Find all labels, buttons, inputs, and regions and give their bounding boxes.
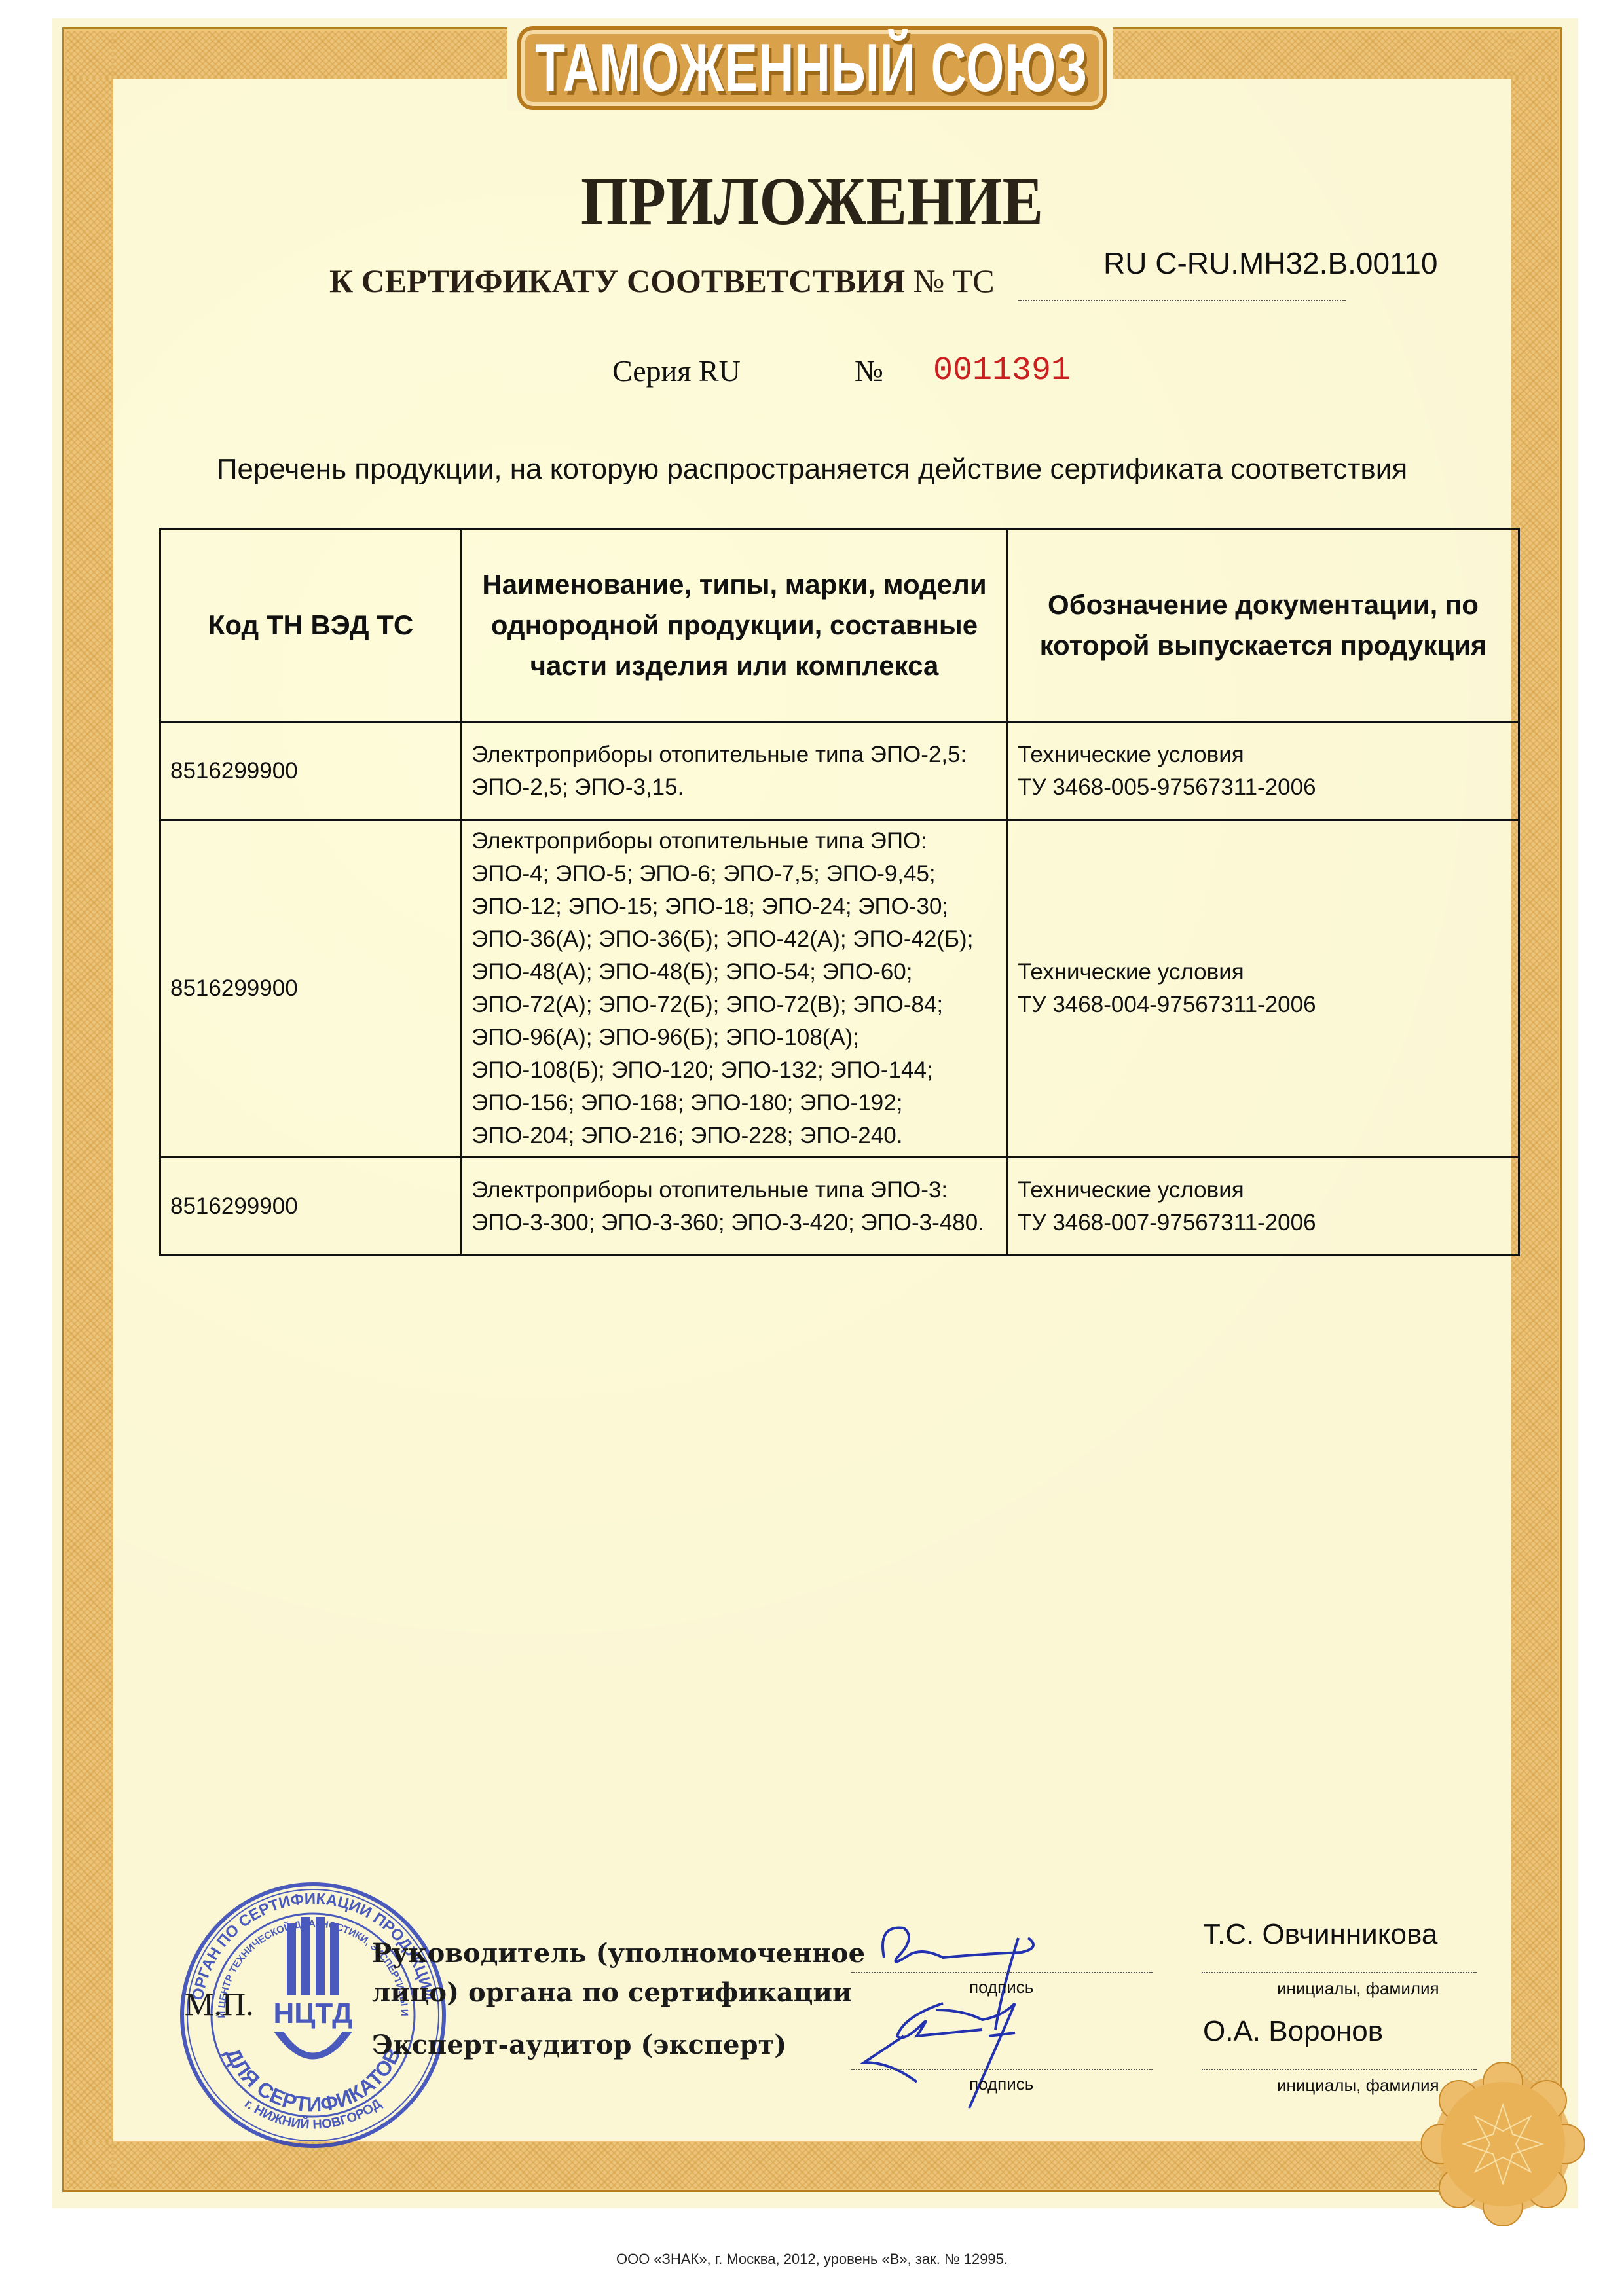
head-label-line1: Руководитель (уполномоченное xyxy=(372,1938,865,1969)
table-row: 8516299900 Электроприборы отопительные т… xyxy=(160,722,1519,820)
number-sign: № xyxy=(855,354,883,388)
doc-title: Технические условия xyxy=(1018,738,1509,771)
code-cell: 8516299900 xyxy=(160,1157,462,1256)
doc-number: ТУ 3468-007-97567311-2006 xyxy=(1018,1207,1509,1239)
serial-number: 0011391 xyxy=(933,352,1071,390)
head-signature-line xyxy=(851,1972,1153,1973)
expert-label: Эксперт-аудитор (эксперт) xyxy=(372,2030,786,2060)
certificate-subtitle: К СЕРТИФИКАТУ СООТВЕТСТВИЯ № ТС xyxy=(329,262,995,300)
svg-text:НЦТД: НЦТД xyxy=(273,1997,352,2030)
expert-signature-icon xyxy=(851,1997,1061,2115)
subtitle-text: К СЕРТИФИКАТУ СООТВЕТСТВИЯ xyxy=(329,263,905,299)
rosette-seal-icon xyxy=(1421,2062,1585,2226)
doc-cell: Технические условия ТУ 3468-005-97567311… xyxy=(1008,722,1519,820)
doc-number: ТУ 3468-005-97567311-2006 xyxy=(1018,771,1509,804)
head-name-caption: инициалы, фамилия xyxy=(1277,1978,1439,1999)
head-label-line2: лицо) органа по сертификации xyxy=(372,1977,852,2008)
expert-name-caption: инициалы, фамилия xyxy=(1277,2075,1439,2096)
doc-cell: Технические условия ТУ 3468-004-97567311… xyxy=(1008,820,1519,1157)
customs-union-banner: ТАМОЖЕННЫЙ СОЮЗ xyxy=(517,26,1107,110)
product-list-heading: Перечень продукции, на которую распростр… xyxy=(0,453,1624,486)
printer-footer: ООО «ЗНАК», г. Москва, 2012, уровень «В»… xyxy=(0,2251,1624,2268)
doc-number: ТУ 3468-004-97567311-2006 xyxy=(1018,989,1509,1021)
head-name-line xyxy=(1202,1972,1477,1973)
series-label: Серия RU xyxy=(612,354,741,388)
column-header-name: Наименование, типы, марки, модели одноро… xyxy=(462,529,1008,722)
doc-cell: Технические условия ТУ 3468-007-97567311… xyxy=(1008,1157,1519,1256)
page-title: ПРИЛОЖЕНИЕ xyxy=(81,162,1543,240)
column-header-code: Код ТН ВЭД ТС xyxy=(160,529,462,722)
doc-title: Технические условия xyxy=(1018,956,1509,989)
head-signature-caption: подпись xyxy=(969,1977,1033,1997)
column-header-doc: Обозначение документации, по которой вып… xyxy=(1008,529,1519,722)
table-row: 8516299900 Электроприборы отопительные т… xyxy=(160,1157,1519,1256)
name-cell: Электроприборы отопительные типа ЭПО: ЭП… xyxy=(462,820,1008,1157)
certificate-number-line xyxy=(1018,300,1346,301)
code-cell: 8516299900 xyxy=(160,722,462,820)
expert-name: О.А. Воронов xyxy=(1203,2015,1383,2048)
name-cell: Электроприборы отопительные типа ЭПО-3: … xyxy=(462,1157,1008,1256)
products-table: Код ТН ВЭД ТС Наименование, типы, марки,… xyxy=(159,528,1520,1256)
expert-signature-caption: подпись xyxy=(969,2074,1033,2094)
stamp-place-label: М.П. xyxy=(185,1985,254,2023)
name-cell: Электроприборы отопительные типа ЭПО-2,5… xyxy=(462,722,1008,820)
no-tc-label: № ТС xyxy=(913,263,995,299)
certificate-number: RU C-RU.MH32.B.00110 xyxy=(1103,246,1437,281)
head-name: Т.С. Овчинникова xyxy=(1203,1918,1437,1951)
banner-text: ТАМОЖЕННЫЙ СОЮЗ xyxy=(536,29,1089,107)
expert-signature-line xyxy=(851,2069,1153,2070)
table-row: 8516299900 Электроприборы отопительные т… xyxy=(160,820,1519,1157)
code-cell: 8516299900 xyxy=(160,820,462,1157)
table-header-row: Код ТН ВЭД ТС Наименование, типы, марки,… xyxy=(160,529,1519,722)
doc-title: Технические условия xyxy=(1018,1174,1509,1207)
